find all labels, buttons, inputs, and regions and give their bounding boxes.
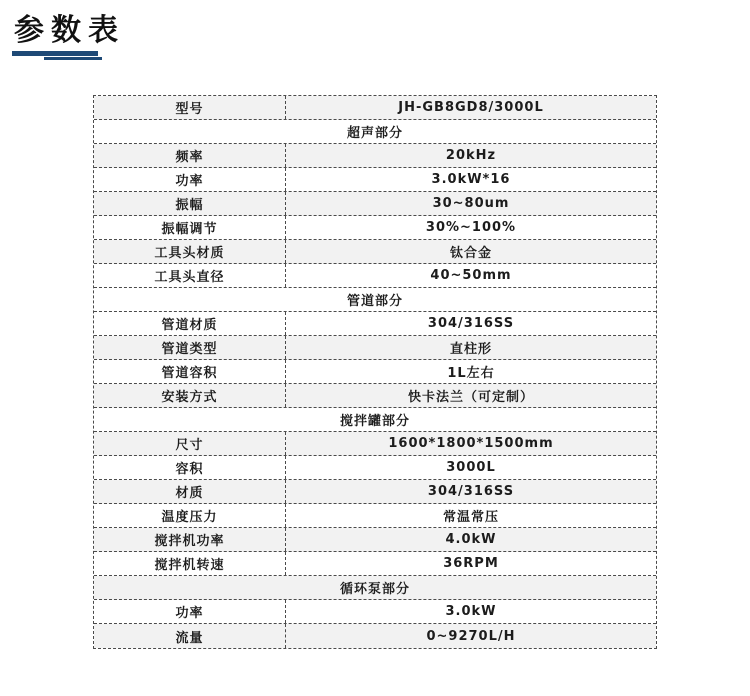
section-title-cell: 搅拌罐部分 <box>94 408 656 431</box>
spec-value-cell: 3.0kW <box>286 600 656 623</box>
spec-label-cell: 温度压力 <box>94 504 286 527</box>
page-title: 参数表 <box>14 12 125 50</box>
table-row: 功率 3.0kW*16 <box>94 168 656 192</box>
spec-value-cell: 304/316SS <box>286 312 656 335</box>
spec-value-cell: 1600*1800*1500mm <box>286 432 656 455</box>
spec-label-cell: 工具头材质 <box>94 240 286 263</box>
spec-value-cell: 3.0kW*16 <box>286 168 656 191</box>
table-row: 型号 JH-GB8GD8/3000L <box>94 96 656 120</box>
spec-label-cell: 材质 <box>94 480 286 503</box>
table-row: 安装方式 快卡法兰（可定制） <box>94 384 656 408</box>
table-row: 管道容积 1L左右 <box>94 360 656 384</box>
table-row: 管道类型 直柱形 <box>94 336 656 360</box>
spec-label-cell: 搅拌机转速 <box>94 552 286 575</box>
section-title-cell: 超声部分 <box>94 120 656 143</box>
spec-label-cell: 型号 <box>94 96 286 119</box>
table-row: 尺寸 1600*1800*1500mm <box>94 432 656 456</box>
table-row: 频率 20kHz <box>94 144 656 168</box>
spec-label-cell: 尺寸 <box>94 432 286 455</box>
spec-label-cell: 安装方式 <box>94 384 286 407</box>
spec-label-cell: 流量 <box>94 624 286 648</box>
table-row: 搅拌机转速 36RPM <box>94 552 656 576</box>
section-header-row: 搅拌罐部分 <box>94 408 656 432</box>
table-row: 工具头材质 钛合金 <box>94 240 656 264</box>
table-row: 容积 3000L <box>94 456 656 480</box>
spec-label-cell: 振幅 <box>94 192 286 215</box>
spec-value-cell: 3000L <box>286 456 656 479</box>
title-block: 参数表 <box>14 12 125 50</box>
title-underline-bar-primary <box>12 51 98 56</box>
spec-label-cell: 管道材质 <box>94 312 286 335</box>
section-header-row: 循环泵部分 <box>94 576 656 600</box>
table-row: 流量 0~9270L/H <box>94 624 656 648</box>
spec-label-cell: 容积 <box>94 456 286 479</box>
spec-value-cell: 钛合金 <box>286 240 656 263</box>
spec-table: 型号 JH-GB8GD8/3000L 超声部分 频率 20kHz 功率 3.0k… <box>93 95 657 649</box>
spec-value-cell: 1L左右 <box>286 360 656 383</box>
table-row: 振幅 30~80um <box>94 192 656 216</box>
spec-value-cell: 40~50mm <box>286 264 656 287</box>
spec-label-cell: 搅拌机功率 <box>94 528 286 551</box>
table-row: 温度压力 常温常压 <box>94 504 656 528</box>
spec-value-cell: 直柱形 <box>286 336 656 359</box>
spec-value-cell: 0~9270L/H <box>286 624 656 648</box>
section-header-row: 管道部分 <box>94 288 656 312</box>
spec-label-cell: 频率 <box>94 144 286 167</box>
spec-value-cell: JH-GB8GD8/3000L <box>286 96 656 119</box>
spec-label-cell: 管道类型 <box>94 336 286 359</box>
section-header-row: 超声部分 <box>94 120 656 144</box>
title-underline-bar-secondary <box>44 57 102 60</box>
table-row: 振幅调节 30%~100% <box>94 216 656 240</box>
spec-label-cell: 管道容积 <box>94 360 286 383</box>
spec-value-cell: 30%~100% <box>286 216 656 239</box>
spec-label-cell: 工具头直径 <box>94 264 286 287</box>
spec-value-cell: 30~80um <box>286 192 656 215</box>
spec-value-cell: 4.0kW <box>286 528 656 551</box>
table-row: 搅拌机功率 4.0kW <box>94 528 656 552</box>
section-title-cell: 管道部分 <box>94 288 656 311</box>
table-row: 工具头直径 40~50mm <box>94 264 656 288</box>
table-row: 管道材质 304/316SS <box>94 312 656 336</box>
spec-value-cell: 36RPM <box>286 552 656 575</box>
section-title-cell: 循环泵部分 <box>94 576 656 599</box>
spec-label-cell: 功率 <box>94 168 286 191</box>
spec-value-cell: 快卡法兰（可定制） <box>286 384 656 407</box>
spec-value-cell: 304/316SS <box>286 480 656 503</box>
spec-label-cell: 功率 <box>94 600 286 623</box>
spec-label-cell: 振幅调节 <box>94 216 286 239</box>
table-row: 功率 3.0kW <box>94 600 656 624</box>
table-row: 材质 304/316SS <box>94 480 656 504</box>
spec-value-cell: 20kHz <box>286 144 656 167</box>
spec-value-cell: 常温常压 <box>286 504 656 527</box>
